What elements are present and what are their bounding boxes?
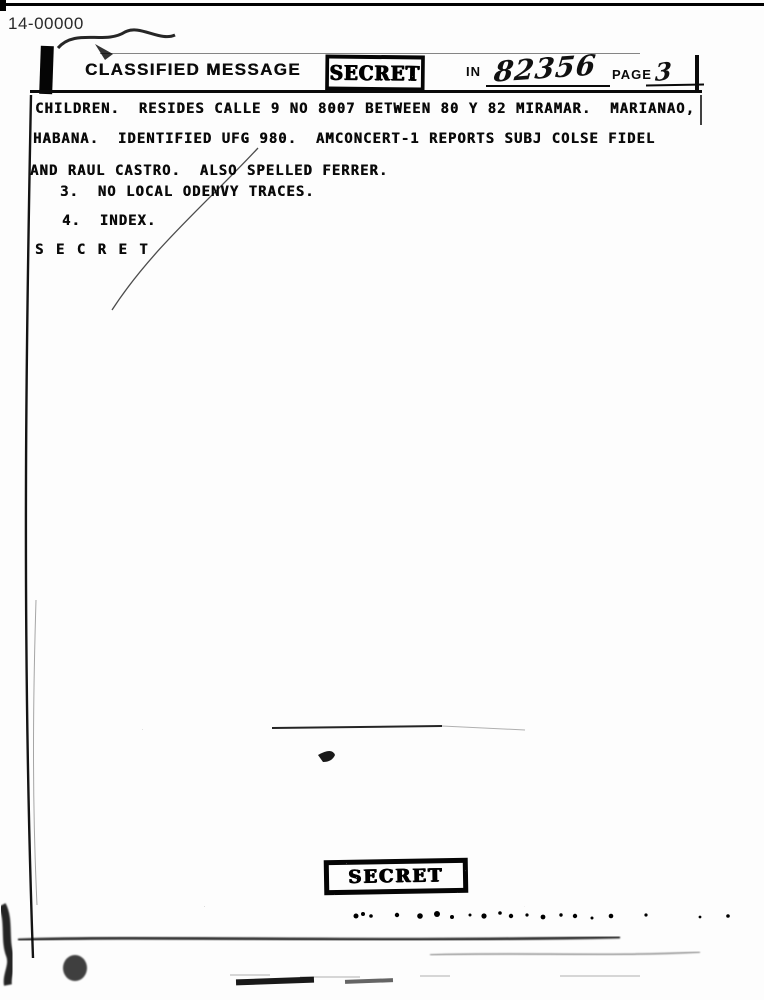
right-margin-tick [700,95,702,125]
in-number-underline [486,85,610,87]
page-label: PAGE [612,67,652,82]
secret-stamp-bottom: SECRET [324,858,469,896]
document-id-label: 14-00000 [8,14,84,34]
secret-stamp-top: SECRET [325,54,425,91]
message-line: AND RAUL CASTRO. ALSO SPELLED FERRER. [30,163,388,179]
message-line: 4. INDEX. [62,213,156,229]
page-number-handwritten: 3 [655,56,673,87]
header-title: CLASSIFIED MESSAGE [85,60,301,80]
message-line: 3. NO LOCAL ODENVY TRACES. [60,184,315,200]
header-box-left-bar [39,46,54,94]
secret-classification-line: S E C R E T [35,242,150,258]
header-box-right-bar [695,55,699,93]
message-line: CHILDREN. RESIDES CALLE 9 NO 8007 BETWEE… [35,101,695,117]
header-box-bottom-line [30,90,702,93]
message-line: HABANA. IDENTIFIED UFG 980. AMCONCERT-1 … [33,131,655,147]
scanned-document-page: 14-00000 CLASSIFIED MESSAGE SECRET IN 82… [0,0,764,1000]
in-label: IN [466,64,481,79]
scan-artifacts-layer [0,0,764,1000]
scan-top-edge-line [5,3,764,6]
in-number-handwritten: 82356 [492,48,598,88]
